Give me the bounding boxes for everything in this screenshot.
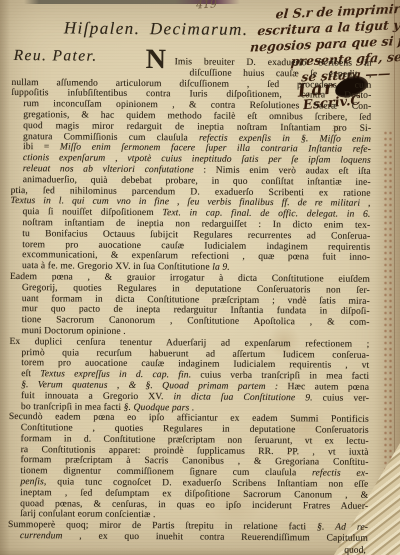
text-line: currendum , ex quo inuehit contra Reuere… (8, 531, 368, 545)
fore-edge-speckles (383, 130, 392, 485)
page-title: Hiſpalen. Decimarum. (64, 18, 249, 39)
scanned-book-page: 419 el S.r de imprimirse esteescritura a… (0, 0, 400, 555)
folio-number-handwritten: 419 (196, 0, 218, 12)
printed-text-block: Hiſpalen. Decimarum. Reu. Pater. N Imis … (8, 18, 372, 555)
body-lines: Imis breuiter D. exaduerſo Scribens indi… (8, 56, 372, 545)
catchword: quod, (344, 545, 366, 555)
